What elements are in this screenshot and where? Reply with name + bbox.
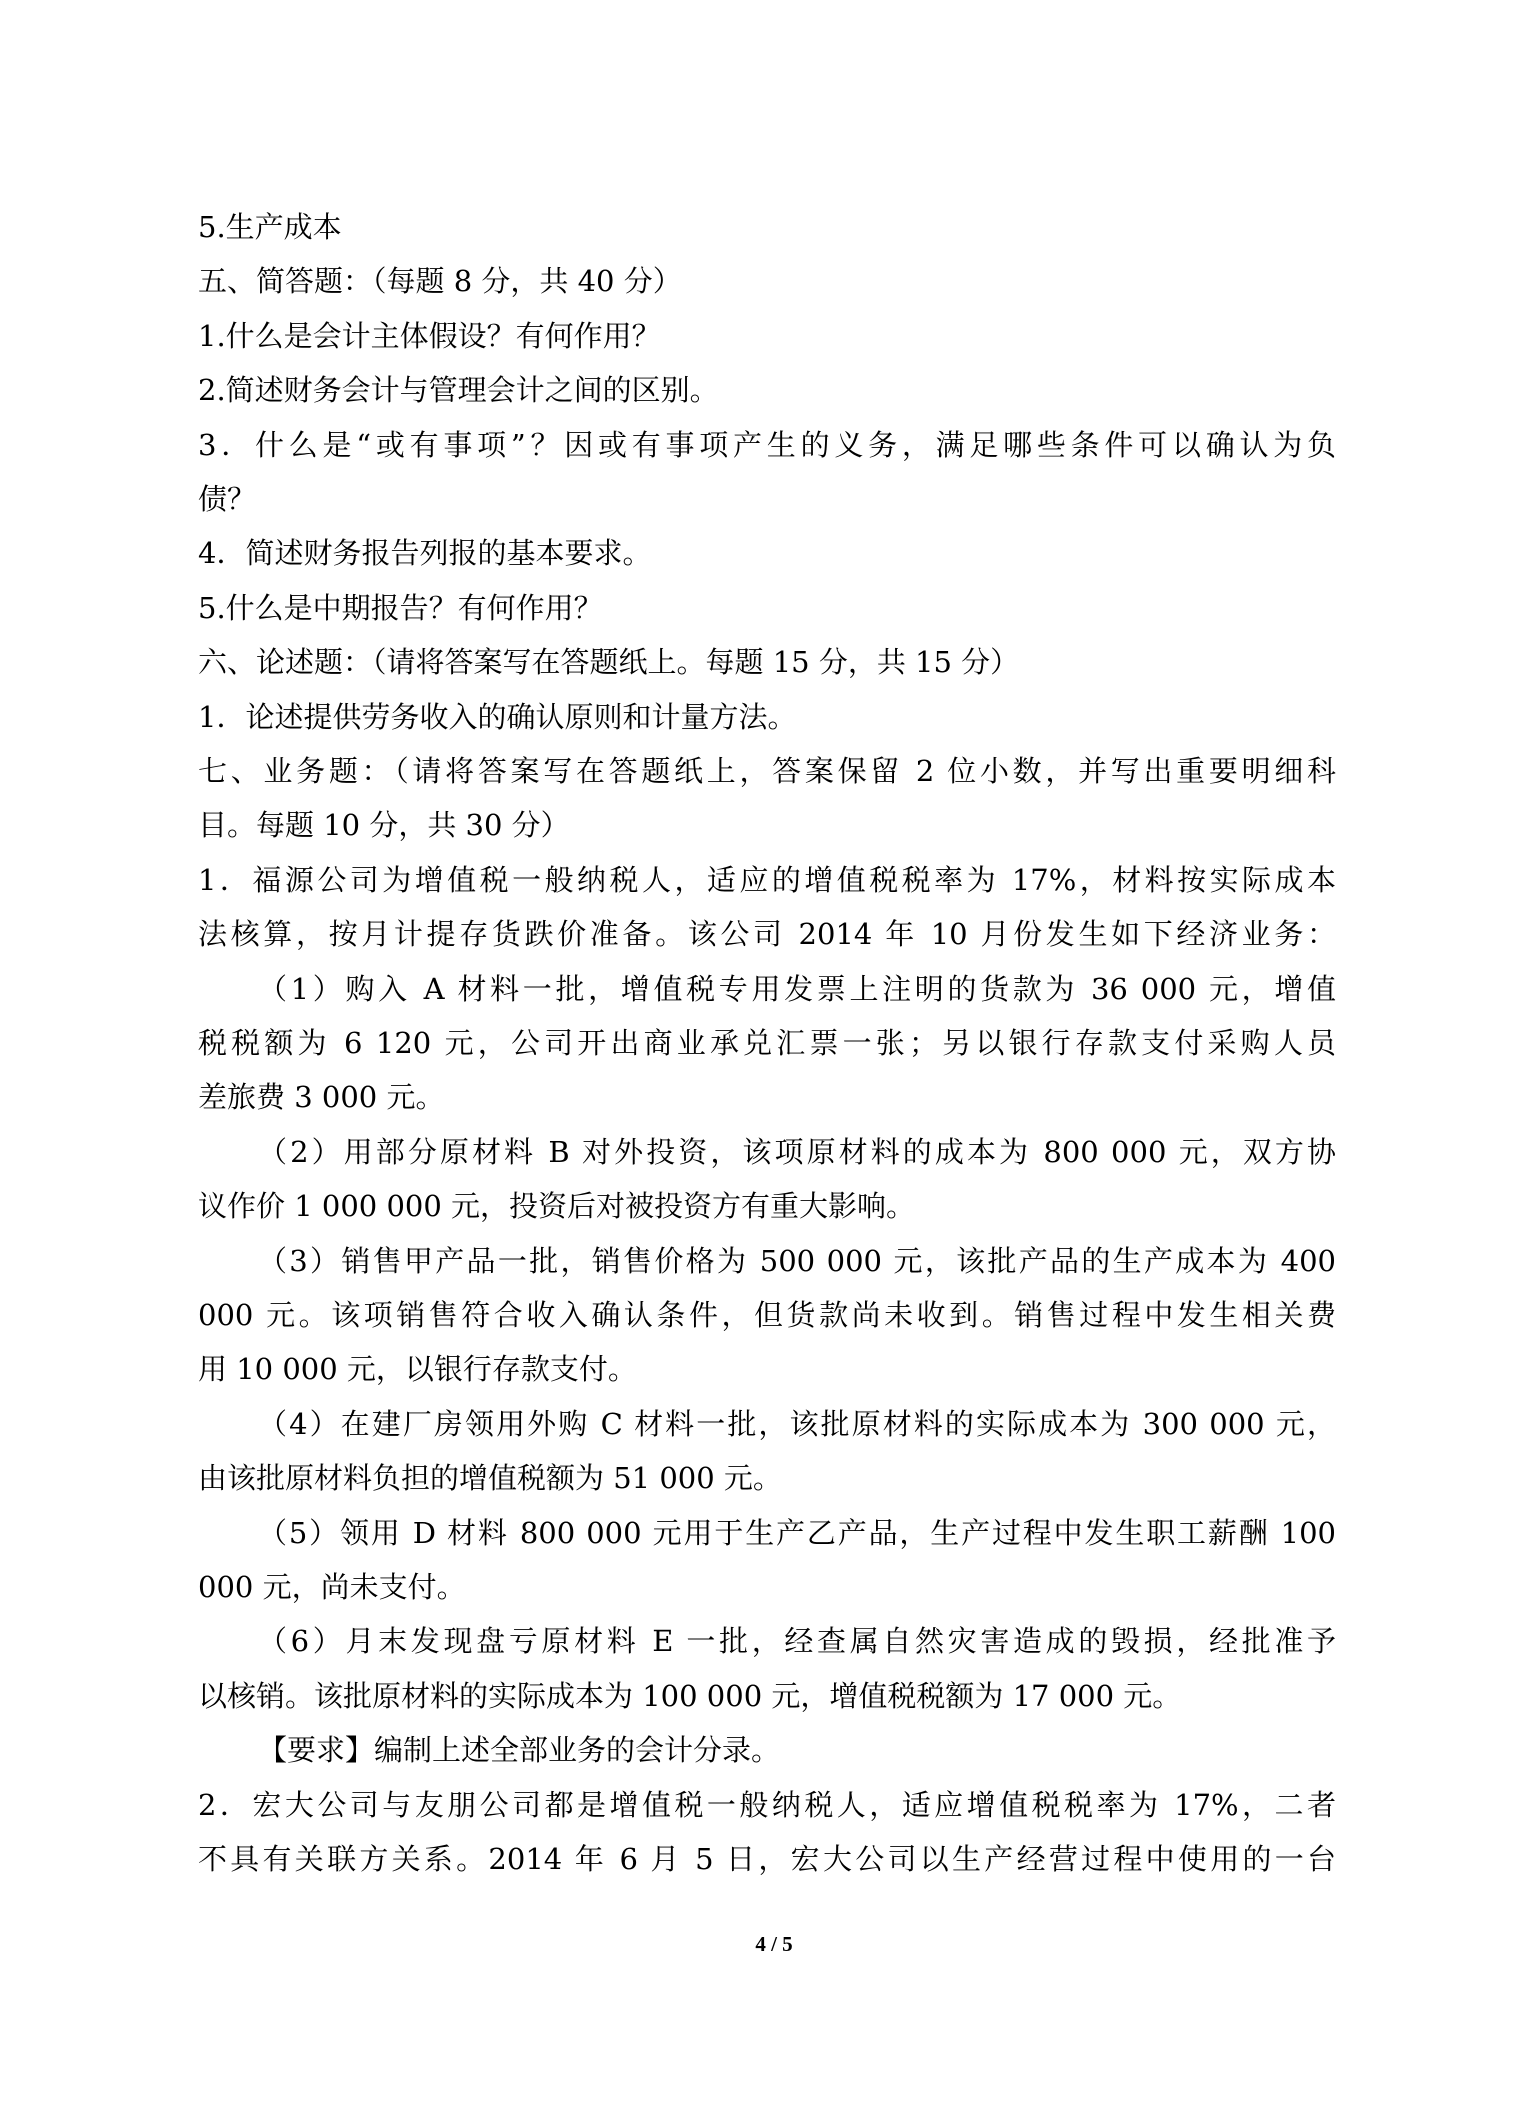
text-line: （1）购入 A 材料一批，增值税专用发票上注明的货款为 36 000 元，增值: [198, 969, 1336, 1009]
text-line: （5）领用 D 材料 800 000 元用于生产乙产品，生产过程中发生职工薪酬 …: [198, 1513, 1336, 1553]
text-line: 议作价 1 000 000 元，投资后对被投资方有重大影响。: [198, 1186, 1336, 1226]
text-line: 七、业务题：（请将答案写在答题纸上，答案保留 2 位小数，并写出重要明细科: [198, 751, 1336, 791]
text-line: 由该批原材料负担的增值税额为 51 000 元。: [198, 1458, 1336, 1498]
text-line: 差旅费 3 000 元。: [198, 1077, 1336, 1117]
text-line: 法核算，按月计提存货跌价准备。该公司 2014 年 10 月份发生如下经济业务：: [198, 914, 1336, 954]
text-line: 目。每题 10 分，共 30 分）: [198, 805, 1336, 845]
text-line: 税税额为 6 120 元，公司开出商业承兑汇票一张；另以银行存款支付采购人员: [198, 1023, 1336, 1063]
text-line: 000 元，尚未支付。: [198, 1567, 1336, 1607]
text-line: 5.生产成本: [198, 207, 1336, 247]
text-line: 五、简答题：（每题 8 分，共 40 分）: [198, 261, 1336, 301]
text-line: （4）在建厂房领用外购 C 材料一批，该批原材料的实际成本为 300 000 元…: [198, 1404, 1336, 1444]
text-line: 债？: [198, 479, 1336, 519]
text-line: （6）月末发现盘亏原材料 E 一批，经查属自然灾害造成的毁损，经批准予: [198, 1621, 1336, 1661]
text-line: 1．论述提供劳务收入的确认原则和计量方法。: [198, 697, 1336, 737]
text-line: 2．宏大公司与友朋公司都是增值税一般纳税人，适应增值税税率为 17%，二者: [198, 1785, 1336, 1825]
text-line: 以核销。该批原材料的实际成本为 100 000 元，增值税税额为 17 000 …: [198, 1676, 1336, 1716]
text-line: 用 10 000 元，以银行存款支付。: [198, 1349, 1336, 1389]
text-line: 000 元。该项销售符合收入确认条件，但货款尚未收到。销售过程中发生相关费: [198, 1295, 1336, 1335]
text-line: 六、论述题：（请将答案写在答题纸上。每题 15 分，共 15 分）: [198, 642, 1336, 682]
text-line: 1．福源公司为增值税一般纳税人，适应的增值税税率为 17%，材料按实际成本: [198, 860, 1336, 900]
text-line: （3）销售甲产品一批，销售价格为 500 000 元，该批产品的生产成本为 40…: [198, 1241, 1336, 1281]
page-number: 4 / 5: [700, 1931, 848, 1957]
text-line: 3．什么是“或有事项”？因或有事项产生的义务，满足哪些条件可以确认为负: [198, 425, 1336, 465]
text-line: （2）用部分原材料 B 对外投资，该项原材料的成本为 800 000 元，双方协: [198, 1132, 1336, 1172]
text-line: 4．简述财务报告列报的基本要求。: [198, 533, 1336, 573]
text-line: 【要求】编制上述全部业务的会计分录。: [198, 1730, 1336, 1770]
text-line: 1.什么是会计主体假设？有何作用？: [198, 316, 1336, 356]
text-line: 2.简述财务会计与管理会计之间的区别。: [198, 370, 1336, 410]
text-line: 5.什么是中期报告？有何作用？: [198, 588, 1336, 628]
document-page: 5.生产成本五、简答题：（每题 8 分，共 40 分）1.什么是会计主体假设？有…: [0, 0, 1536, 2127]
text-line: 不具有关联方关系。2014 年 6 月 5 日，宏大公司以生产经营过程中使用的一…: [198, 1839, 1336, 1879]
